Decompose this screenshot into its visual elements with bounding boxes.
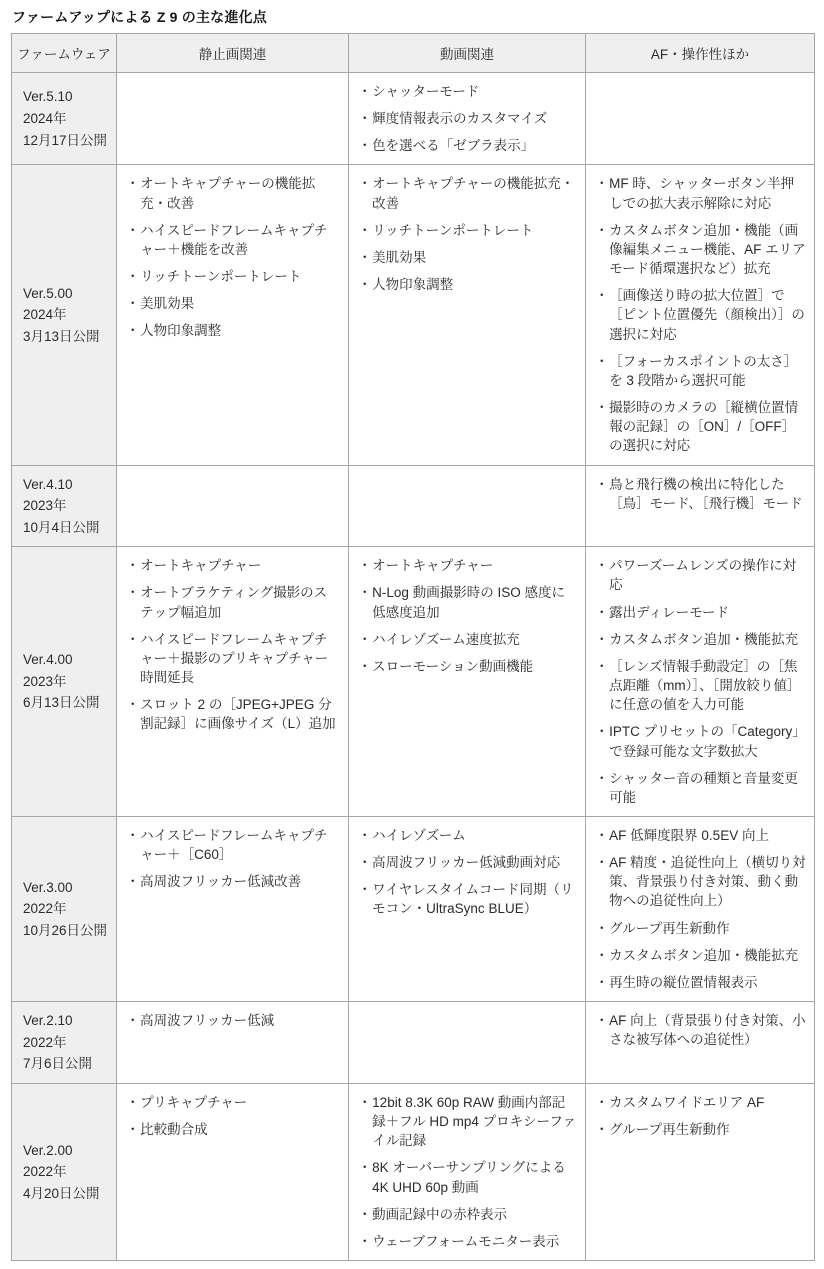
feature-item: ・カスタムボタン追加・機能（画像編集メニュー機能、AF エリアモード循環選択など…	[595, 221, 806, 278]
feature-item: ・AF 精度・追従性向上（横切り対策、背景張り付き対策、動く動物への追従性向上）	[595, 853, 806, 910]
feature-text: 撮影時のカメラの［縦横位置情報の記録］の［ON］/［OFF］の選択に対応	[609, 398, 806, 455]
feature-text: 美肌効果	[372, 248, 577, 267]
bullet-marker: ・	[126, 1120, 140, 1139]
bullet-marker: ・	[595, 657, 609, 676]
feature-item: ・オートキャプチャー	[358, 556, 577, 575]
feature-list: ・ハイスピードフレームキャプチャー＋［C60］・高周波フリッカー低減改善	[126, 826, 340, 891]
bullet-marker: ・	[126, 294, 140, 313]
feature-text: カスタムボタン追加・機能拡充	[609, 630, 806, 649]
feature-text: N-Log 動画撮影時の ISO 感度に低感度追加	[372, 583, 577, 621]
bullet-marker: ・	[358, 826, 372, 845]
bullet-marker: ・	[358, 248, 372, 267]
feature-text: ［レンズ情報手動設定］の［焦点距離（mm）］、［開放絞り値］に任意の値を入力可能	[609, 657, 806, 714]
bullet-marker: ・	[126, 267, 140, 286]
feature-item: ・比較動合成	[126, 1120, 340, 1139]
page: ファームアップによる Z 9 の主な進化点 ファームウェア 静止画関連 動画関連…	[0, 0, 824, 1269]
still-image-cell: ・オートキャプチャー・オートブラケティング撮影のステップ幅追加・ハイスピードフレ…	[117, 547, 349, 817]
feature-item: ・色を選べる「ゼブラ表示」	[358, 136, 577, 155]
feature-list: ・パワーズームレンズの操作に対応・露出ディレーモード・カスタムボタン追加・機能拡…	[595, 556, 806, 807]
bullet-marker: ・	[358, 880, 372, 899]
bullet-marker: ・	[595, 352, 609, 371]
feature-text: プリキャプチャー	[140, 1093, 340, 1112]
feature-text: グループ再生新動作	[609, 1120, 806, 1139]
feature-item: ・再生時の縦位置情報表示	[595, 973, 806, 992]
bullet-marker: ・	[358, 583, 372, 602]
bullet-marker: ・	[358, 853, 372, 872]
bullet-marker: ・	[126, 221, 140, 240]
version-label: Ver.4.00	[23, 649, 106, 671]
bullet-marker: ・	[595, 769, 609, 788]
release-date: 2024年	[23, 304, 106, 326]
feature-item: ・カスタムワイドエリア AF	[595, 1093, 806, 1112]
bullet-marker: ・	[595, 919, 609, 938]
firmware-version-cell: Ver.2.102022年7月6日公開	[12, 1002, 117, 1084]
feature-text: リッチトーンポートレート	[140, 267, 340, 286]
bullet-marker: ・	[595, 286, 609, 305]
feature-text: ハイスピードフレームキャプチャー＋撮影のプリキャプチャー時間延長	[140, 630, 340, 687]
release-date: 2023年	[23, 495, 106, 517]
version-label: Ver.4.10	[23, 474, 106, 496]
bullet-marker: ・	[358, 657, 372, 676]
feature-text: スロット 2 の［JPEG+JPEG 分割記録］に画像サイズ（L）追加	[140, 695, 340, 733]
feature-item: ・プリキャプチャー	[126, 1093, 340, 1112]
feature-item: ・［レンズ情報手動設定］の［焦点距離（mm）］、［開放絞り値］に任意の値を入力可…	[595, 657, 806, 714]
feature-text: 動画記録中の赤枠表示	[372, 1205, 577, 1224]
feature-item: ・オートキャプチャーの機能拡充・改善	[126, 174, 340, 212]
bullet-marker: ・	[126, 872, 140, 891]
feature-item: ・ハイスピードフレームキャプチャー＋［C60］	[126, 826, 340, 864]
table-row: Ver.2.002022年4月20日公開・プリキャプチャー・比較動合成・12bi…	[12, 1083, 815, 1260]
feature-item: ・リッチトーンポートレート	[358, 221, 577, 240]
feature-text: ［画像送り時の拡大位置］で［ピント位置優先（顔検出）］の選択に対応	[609, 286, 806, 343]
feature-text: ハイレゾズーム	[372, 826, 577, 845]
bullet-marker: ・	[358, 174, 372, 193]
feature-text: オートブラケティング撮影のステップ幅追加	[140, 583, 340, 621]
feature-item: ・オートキャプチャー	[126, 556, 340, 575]
feature-text: IPTC プリセットの「Category」で登録可能な文字数拡大	[609, 722, 806, 760]
feature-item: ・パワーズームレンズの操作に対応	[595, 556, 806, 594]
feature-text: ウェーブフォームモニター表示	[372, 1232, 577, 1251]
version-label: Ver.5.00	[23, 283, 106, 305]
feature-list: ・AF 向上（背景張り付き対策、小さな被写体への追従性）	[595, 1011, 806, 1049]
feature-text: オートキャプチャー	[140, 556, 340, 575]
release-date: 2022年	[23, 898, 106, 920]
feature-item: ・リッチトーンポートレート	[126, 267, 340, 286]
feature-text: グループ再生新動作	[609, 919, 806, 938]
feature-text: 輝度情報表示のカスタマイズ	[372, 109, 577, 128]
header-video: 動画関連	[349, 34, 586, 73]
bullet-marker: ・	[595, 826, 609, 845]
table-row: Ver.5.002024年3月13日公開・オートキャプチャーの機能拡充・改善・ハ…	[12, 165, 815, 465]
bullet-marker: ・	[358, 1158, 372, 1177]
version-label: Ver.2.10	[23, 1010, 106, 1032]
feature-item: ・ハイレゾズーム速度拡充	[358, 630, 577, 649]
bullet-marker: ・	[595, 722, 609, 741]
feature-item: ・ワイヤレスタイムコード同期（リモコン・UltraSync BLUE）	[358, 880, 577, 918]
feature-item: ・動画記録中の赤枠表示	[358, 1205, 577, 1224]
feature-item: ・カスタムボタン追加・機能拡充	[595, 630, 806, 649]
feature-item: ・IPTC プリセットの「Category」で登録可能な文字数拡大	[595, 722, 806, 760]
feature-item: ・露出ディレーモード	[595, 603, 806, 622]
release-date: 2022年	[23, 1032, 106, 1054]
bullet-marker: ・	[126, 556, 140, 575]
still-image-cell: ・高周波フリッカー低減	[117, 1002, 349, 1084]
bullet-marker: ・	[358, 109, 372, 128]
bullet-marker: ・	[595, 475, 609, 494]
bullet-marker: ・	[595, 174, 609, 193]
feature-text: 鳥と飛行機の検出に特化した［鳥］モード、［飛行機］モード	[609, 475, 806, 513]
table-body: Ver.5.102024年12月17日公開・シャッターモード・輝度情報表示のカス…	[12, 73, 815, 1261]
feature-item: ・［画像送り時の拡大位置］で［ピント位置優先（顔検出）］の選択に対応	[595, 286, 806, 343]
header-row: ファームウェア 静止画関連 動画関連 AF・操作性ほか	[12, 34, 815, 73]
feature-text: パワーズームレンズの操作に対応	[609, 556, 806, 594]
feature-item: ・輝度情報表示のカスタマイズ	[358, 109, 577, 128]
bullet-marker: ・	[595, 398, 609, 417]
feature-item: ・［フォーカスポイントの太さ］を 3 段階から選択可能	[595, 352, 806, 390]
feature-text: 色を選べる「ゼブラ表示」	[372, 136, 577, 155]
feature-item: ・高周波フリッカー低減改善	[126, 872, 340, 891]
bullet-marker: ・	[126, 321, 140, 340]
feature-list: ・MF 時、シャッターボタン半押しでの拡大表示解除に対応・カスタムボタン追加・機…	[595, 174, 806, 455]
feature-list: ・鳥と飛行機の検出に特化した［鳥］モード、［飛行機］モード	[595, 475, 806, 513]
release-date: 2022年	[23, 1161, 106, 1183]
feature-text: 8K オーバーサンプリングによる 4K UHD 60p 動画	[372, 1158, 577, 1196]
release-date: 6月13日公開	[23, 692, 106, 714]
feature-item: ・高周波フリッカー低減	[126, 1011, 340, 1030]
feature-text: オートキャプチャーの機能拡充・改善	[372, 174, 577, 212]
release-date: 12月17日公開	[23, 130, 106, 152]
feature-list: ・オートキャプチャー・オートブラケティング撮影のステップ幅追加・ハイスピードフレ…	[126, 556, 340, 733]
feature-text: リッチトーンポートレート	[372, 221, 577, 240]
firmware-version-cell: Ver.2.002022年4月20日公開	[12, 1083, 117, 1260]
feature-item: ・8K オーバーサンプリングによる 4K UHD 60p 動画	[358, 1158, 577, 1196]
feature-text: ワイヤレスタイムコード同期（リモコン・UltraSync BLUE）	[372, 880, 577, 918]
video-cell: ・オートキャプチャー・N-Log 動画撮影時の ISO 感度に低感度追加・ハイレ…	[349, 547, 586, 817]
bullet-marker: ・	[358, 630, 372, 649]
version-label: Ver.2.00	[23, 1140, 106, 1162]
feature-item: ・スロット 2 の［JPEG+JPEG 分割記録］に画像サイズ（L）追加	[126, 695, 340, 733]
version-label: Ver.3.00	[23, 877, 106, 899]
feature-list: ・AF 低輝度限界 0.5EV 向上・AF 精度・追従性向上（横切り対策、背景張…	[595, 826, 806, 992]
bullet-marker: ・	[595, 630, 609, 649]
feature-text: MF 時、シャッターボタン半押しでの拡大表示解除に対応	[609, 174, 806, 212]
feature-list: ・カスタムワイドエリア AF・グループ再生新動作	[595, 1093, 806, 1139]
release-date: 4月20日公開	[23, 1183, 106, 1205]
bullet-marker: ・	[595, 973, 609, 992]
firmware-version-cell: Ver.4.002023年6月13日公開	[12, 547, 117, 817]
feature-item: ・12bit 8.3K 60p RAW 動画内部記録＋フル HD mp4 プロキ…	[358, 1093, 577, 1150]
release-date: 2024年	[23, 108, 106, 130]
bullet-marker: ・	[126, 630, 140, 649]
firmware-version-cell: Ver.5.002024年3月13日公開	[12, 165, 117, 465]
af-operability-cell: ・鳥と飛行機の検出に特化した［鳥］モード、［飛行機］モード	[586, 465, 815, 547]
bullet-marker: ・	[595, 603, 609, 622]
video-cell: ・オートキャプチャーの機能拡充・改善・リッチトーンポートレート・美肌効果・人物印…	[349, 165, 586, 465]
feature-item: ・シャッター音の種類と音量変更可能	[595, 769, 806, 807]
table-row: Ver.4.102023年10月4日公開・鳥と飛行機の検出に特化した［鳥］モード…	[12, 465, 815, 547]
feature-text: ハイスピードフレームキャプチャー＋機能を改善	[140, 221, 340, 259]
af-operability-cell: ・MF 時、シャッターボタン半押しでの拡大表示解除に対応・カスタムボタン追加・機…	[586, 165, 815, 465]
bullet-marker: ・	[358, 275, 372, 294]
feature-text: 人物印象調整	[140, 321, 340, 340]
af-operability-cell: ・AF 向上（背景張り付き対策、小さな被写体への追従性）	[586, 1002, 815, 1084]
feature-text: スローモーション動画機能	[372, 657, 577, 676]
bullet-marker: ・	[358, 1232, 372, 1251]
firmware-version-cell: Ver.4.102023年10月4日公開	[12, 465, 117, 547]
bullet-marker: ・	[126, 174, 140, 193]
still-image-cell	[117, 73, 349, 165]
bullet-marker: ・	[358, 82, 372, 101]
feature-text: オートキャプチャー	[372, 556, 577, 575]
table-row: Ver.3.002022年10月26日公開・ハイスピードフレームキャプチャー＋［…	[12, 817, 815, 1002]
feature-text: 美肌効果	[140, 294, 340, 313]
header-still-image: 静止画関連	[117, 34, 349, 73]
feature-item: ・美肌効果	[126, 294, 340, 313]
bullet-marker: ・	[595, 556, 609, 575]
release-date: 7月6日公開	[23, 1053, 106, 1075]
feature-text: 露出ディレーモード	[609, 603, 806, 622]
table-row: Ver.5.102024年12月17日公開・シャッターモード・輝度情報表示のカス…	[12, 73, 815, 165]
video-cell: ・12bit 8.3K 60p RAW 動画内部記録＋フル HD mp4 プロキ…	[349, 1083, 586, 1260]
feature-text: AF 精度・追従性向上（横切り対策、背景張り付き対策、動く動物への追従性向上）	[609, 853, 806, 910]
bullet-marker: ・	[126, 583, 140, 602]
feature-text: 高周波フリッカー低減改善	[140, 872, 340, 891]
bullet-marker: ・	[126, 1093, 140, 1112]
still-image-cell: ・ハイスピードフレームキャプチャー＋［C60］・高周波フリッカー低減改善	[117, 817, 349, 1002]
bullet-marker: ・	[595, 1093, 609, 1112]
feature-item: ・ハイレゾズーム	[358, 826, 577, 845]
feature-text: カスタムワイドエリア AF	[609, 1093, 806, 1112]
header-firmware: ファームウェア	[12, 34, 117, 73]
firmware-table: ファームウェア 静止画関連 動画関連 AF・操作性ほか Ver.5.102024…	[11, 33, 815, 1261]
version-label: Ver.5.10	[23, 86, 106, 108]
feature-item: ・AF 低輝度限界 0.5EV 向上	[595, 826, 806, 845]
feature-text: 人物印象調整	[372, 275, 577, 294]
af-operability-cell: ・AF 低輝度限界 0.5EV 向上・AF 精度・追従性向上（横切り対策、背景張…	[586, 817, 815, 1002]
feature-text: 再生時の縦位置情報表示	[609, 973, 806, 992]
feature-text: シャッター音の種類と音量変更可能	[609, 769, 806, 807]
bullet-marker: ・	[358, 221, 372, 240]
feature-item: ・人物印象調整	[126, 321, 340, 340]
feature-text: ［フォーカスポイントの太さ］を 3 段階から選択可能	[609, 352, 806, 390]
bullet-marker: ・	[126, 695, 140, 714]
feature-list: ・オートキャプチャーの機能拡充・改善・ハイスピードフレームキャプチャー＋機能を改…	[126, 174, 340, 340]
feature-text: AF 低輝度限界 0.5EV 向上	[609, 826, 806, 845]
feature-list: ・オートキャプチャーの機能拡充・改善・リッチトーンポートレート・美肌効果・人物印…	[358, 174, 577, 294]
feature-text: シャッターモード	[372, 82, 577, 101]
feature-text: 高周波フリッカー低減動画対応	[372, 853, 577, 872]
af-operability-cell: ・カスタムワイドエリア AF・グループ再生新動作	[586, 1083, 815, 1260]
feature-list: ・高周波フリッカー低減	[126, 1011, 340, 1030]
bullet-marker: ・	[595, 946, 609, 965]
bullet-marker: ・	[595, 1120, 609, 1139]
feature-item: ・スローモーション動画機能	[358, 657, 577, 676]
video-cell: ・シャッターモード・輝度情報表示のカスタマイズ・色を選べる「ゼブラ表示」	[349, 73, 586, 165]
feature-text: カスタムボタン追加・機能拡充	[609, 946, 806, 965]
firmware-version-cell: Ver.5.102024年12月17日公開	[12, 73, 117, 165]
feature-text: カスタムボタン追加・機能（画像編集メニュー機能、AF エリアモード循環選択など）…	[609, 221, 806, 278]
feature-list: ・シャッターモード・輝度情報表示のカスタマイズ・色を選べる「ゼブラ表示」	[358, 82, 577, 155]
feature-list: ・ハイレゾズーム・高周波フリッカー低減動画対応・ワイヤレスタイムコード同期（リモ…	[358, 826, 577, 919]
release-date: 2023年	[23, 671, 106, 693]
feature-item: ・高周波フリッカー低減動画対応	[358, 853, 577, 872]
feature-item: ・グループ再生新動作	[595, 919, 806, 938]
release-date: 10月26日公開	[23, 920, 106, 942]
bullet-marker: ・	[358, 1093, 372, 1112]
feature-text: オートキャプチャーの機能拡充・改善	[140, 174, 340, 212]
still-image-cell	[117, 465, 349, 547]
bullet-marker: ・	[358, 136, 372, 155]
release-date: 3月13日公開	[23, 326, 106, 348]
feature-text: 高周波フリッカー低減	[140, 1011, 340, 1030]
still-image-cell: ・プリキャプチャー・比較動合成	[117, 1083, 349, 1260]
feature-item: ・MF 時、シャッターボタン半押しでの拡大表示解除に対応	[595, 174, 806, 212]
feature-text: 比較動合成	[140, 1120, 340, 1139]
bullet-marker: ・	[595, 1011, 609, 1030]
feature-item: ・ハイスピードフレームキャプチャー＋機能を改善	[126, 221, 340, 259]
feature-text: ハイレゾズーム速度拡充	[372, 630, 577, 649]
feature-item: ・ハイスピードフレームキャプチャー＋撮影のプリキャプチャー時間延長	[126, 630, 340, 687]
feature-text: 12bit 8.3K 60p RAW 動画内部記録＋フル HD mp4 プロキシ…	[372, 1093, 577, 1150]
bullet-marker: ・	[126, 1011, 140, 1030]
table-row: Ver.4.002023年6月13日公開・オートキャプチャー・オートブラケティン…	[12, 547, 815, 817]
feature-text: ハイスピードフレームキャプチャー＋［C60］	[140, 826, 340, 864]
bullet-marker: ・	[358, 1205, 372, 1224]
feature-list: ・12bit 8.3K 60p RAW 動画内部記録＋フル HD mp4 プロキ…	[358, 1093, 577, 1251]
video-cell	[349, 1002, 586, 1084]
feature-item: ・撮影時のカメラの［縦横位置情報の記録］の［ON］/［OFF］の選択に対応	[595, 398, 806, 455]
feature-item: ・N-Log 動画撮影時の ISO 感度に低感度追加	[358, 583, 577, 621]
page-title: ファームアップによる Z 9 の主な進化点	[12, 7, 814, 27]
video-cell: ・ハイレゾズーム・高周波フリッカー低減動画対応・ワイヤレスタイムコード同期（リモ…	[349, 817, 586, 1002]
feature-item: ・グループ再生新動作	[595, 1120, 806, 1139]
firmware-version-cell: Ver.3.002022年10月26日公開	[12, 817, 117, 1002]
bullet-marker: ・	[595, 221, 609, 240]
bullet-marker: ・	[126, 826, 140, 845]
feature-item: ・鳥と飛行機の検出に特化した［鳥］モード、［飛行機］モード	[595, 475, 806, 513]
table-row: Ver.2.102022年7月6日公開・高周波フリッカー低減・AF 向上（背景張…	[12, 1002, 815, 1084]
feature-item: ・AF 向上（背景張り付き対策、小さな被写体への追従性）	[595, 1011, 806, 1049]
feature-item: ・ウェーブフォームモニター表示	[358, 1232, 577, 1251]
bullet-marker: ・	[595, 853, 609, 872]
feature-list: ・オートキャプチャー・N-Log 動画撮影時の ISO 感度に低感度追加・ハイレ…	[358, 556, 577, 676]
feature-item: ・オートブラケティング撮影のステップ幅追加	[126, 583, 340, 621]
af-operability-cell: ・パワーズームレンズの操作に対応・露出ディレーモード・カスタムボタン追加・機能拡…	[586, 547, 815, 817]
feature-text: AF 向上（背景張り付き対策、小さな被写体への追従性）	[609, 1011, 806, 1049]
bullet-marker: ・	[358, 556, 372, 575]
still-image-cell: ・オートキャプチャーの機能拡充・改善・ハイスピードフレームキャプチャー＋機能を改…	[117, 165, 349, 465]
feature-item: ・美肌効果	[358, 248, 577, 267]
feature-item: ・シャッターモード	[358, 82, 577, 101]
feature-list: ・プリキャプチャー・比較動合成	[126, 1093, 340, 1139]
feature-item: ・カスタムボタン追加・機能拡充	[595, 946, 806, 965]
video-cell	[349, 465, 586, 547]
header-af-operability: AF・操作性ほか	[586, 34, 815, 73]
feature-item: ・オートキャプチャーの機能拡充・改善	[358, 174, 577, 212]
release-date: 10月4日公開	[23, 517, 106, 539]
feature-item: ・人物印象調整	[358, 275, 577, 294]
af-operability-cell	[586, 73, 815, 165]
